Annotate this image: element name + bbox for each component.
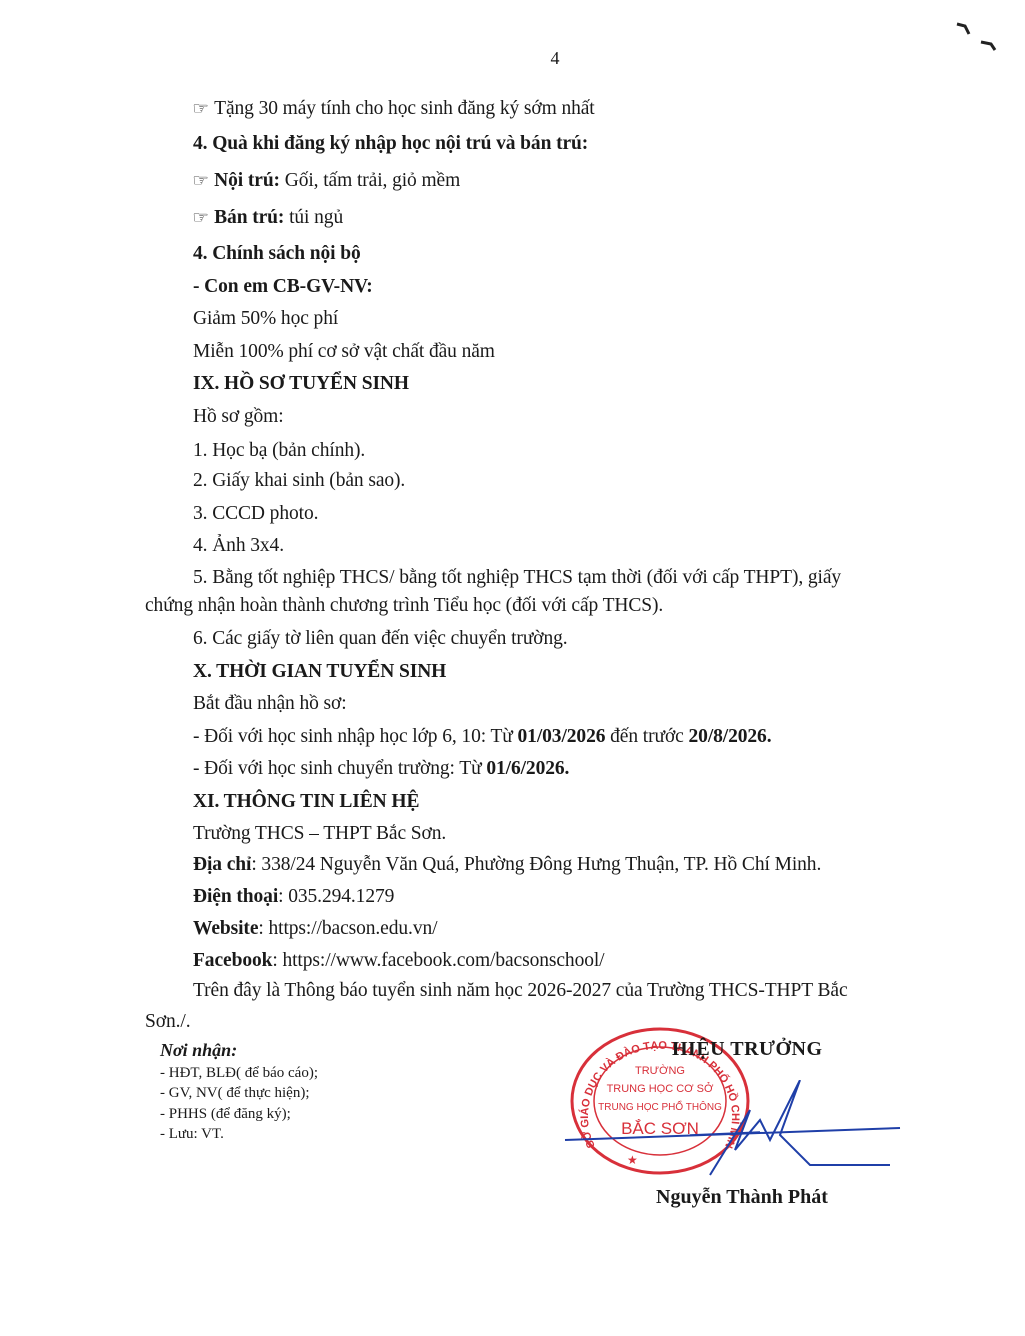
recipient-item: - PHHS (để đăng ký); — [160, 1104, 318, 1125]
semi-boarding-gift-line: ☞Bán trú: túi ngủ — [193, 207, 343, 229]
facility-fee-waiver-line: Miễn 100% phí cơ sở vật chất đầu năm — [193, 341, 495, 363]
pointing-hand-icon: ☞ — [192, 99, 209, 119]
admission-start-intro: Bắt đầu nhận hồ sơ: — [193, 693, 347, 715]
start-date: 01/03/2026 — [518, 726, 606, 747]
line-label: Nội trú: — [214, 170, 280, 191]
document-item: 4. Ảnh 3x4. — [193, 535, 284, 557]
line-text: - Đối với học sinh nhập học lớp 6, 10: T… — [193, 726, 518, 747]
section-heading-gifts: 4. Quà khi đăng ký nhập học nội trú và b… — [193, 133, 588, 155]
line-text: đến trước — [605, 726, 688, 747]
line-text: Gối, tấm trải, giỏ mềm — [280, 170, 460, 191]
document-item: 6. Các giấy tờ liên quan đến việc chuyển… — [193, 628, 568, 650]
recipient-item: - GV, NV( để thực hiện); — [160, 1083, 318, 1104]
school-name: Trường THCS – THPT Bắc Sơn. — [193, 823, 446, 845]
document-item-continued: chứng nhận hoàn thành chương trình Tiểu … — [145, 595, 663, 617]
end-date: 20/8/2026 — [689, 726, 767, 747]
line-label: Website — [193, 918, 258, 939]
boarding-gift-line: ☞Nội trú: Gối, tấm trải, giỏ mềm — [193, 170, 460, 192]
line-text: - Đối với học sinh chuyển trường: Từ — [193, 758, 486, 779]
recipients-block: Nơi nhận: - HĐT, BLĐ( để báo cáo); - GV,… — [160, 1040, 318, 1145]
scan-mark-icon — [955, 18, 1015, 58]
signature-icon — [560, 1080, 920, 1180]
document-item: 5. Bằng tốt nghiệp THCS/ bằng tốt nghiệp… — [193, 567, 841, 589]
line-text: Tặng 30 máy tính cho học sinh đăng ký sớ… — [214, 98, 595, 119]
pointing-hand-icon: ☞ — [192, 171, 209, 191]
line-text: túi ngủ — [284, 207, 343, 228]
line-label: Facebook — [193, 950, 272, 971]
signer-title: HIỆU TRƯỞNG — [672, 1038, 823, 1061]
documents-intro: Hồ sơ gồm: — [193, 406, 284, 428]
tuition-discount-line: Giảm 50% học phí — [193, 308, 338, 330]
section-heading-admission-time: X. THỜI GIAN TUYỂN SINH — [193, 661, 446, 683]
document-item: 3. CCCD photo. — [193, 503, 318, 525]
recipient-item: - Lưu: VT. — [160, 1124, 318, 1145]
section-heading-contact: XI. THÔNG TIN LIÊN HỆ — [193, 791, 419, 813]
section-heading-internal-policy: 4. Chính sách nội bộ — [193, 243, 361, 265]
facebook-line: Facebook: https://www.facebook.com/bacso… — [193, 950, 605, 972]
address-line: Địa chỉ: 338/24 Nguyễn Văn Quá, Phường Đ… — [193, 854, 821, 876]
line-label: Bán trú: — [214, 207, 284, 228]
admission-period-grade-6-10: - Đối với học sinh nhập học lớp 6, 10: T… — [193, 726, 771, 748]
facebook-link[interactable]: : https://www.facebook.com/bacsonschool/ — [272, 950, 604, 971]
line-label: Địa chỉ — [193, 854, 251, 875]
closing-statement-continued: Sơn./. — [145, 1011, 190, 1033]
svg-text:TRƯỜNG: TRƯỜNG — [635, 1064, 685, 1077]
start-date: 01/6/2026. — [486, 758, 569, 779]
section-heading-documents: IX. HỒ SƠ TUYỂN SINH — [193, 373, 409, 395]
line-text: : 035.294.1279 — [278, 886, 394, 907]
admission-period-transfer: - Đối với học sinh chuyển trường: Từ 01/… — [193, 758, 569, 780]
document-item: 1. Học bạ (bản chính). — [193, 440, 365, 462]
page-number: 4 — [0, 48, 1025, 69]
line-text: : 338/24 Nguyễn Văn Quá, Phường Đông Hưn… — [251, 854, 821, 875]
gift-laptops-line: ☞Tặng 30 máy tính cho học sinh đăng ký s… — [193, 98, 595, 120]
line-text: . — [767, 726, 772, 747]
recipients-title: Nơi nhận: — [160, 1040, 318, 1061]
website-link[interactable]: : https://bacson.edu.vn/ — [258, 918, 437, 939]
phone-line: Điện thoại: 035.294.1279 — [193, 886, 394, 908]
pointing-hand-icon: ☞ — [192, 208, 209, 228]
staff-children-heading: - Con em CB-GV-NV: — [193, 276, 373, 298]
signer-name: Nguyễn Thành Phát — [656, 1186, 828, 1209]
line-label: Điện thoại — [193, 886, 278, 907]
closing-statement: Trên đây là Thông báo tuyển sinh năm học… — [193, 980, 848, 1002]
recipient-item: - HĐT, BLĐ( để báo cáo); — [160, 1063, 318, 1084]
website-line: Website: https://bacson.edu.vn/ — [193, 918, 437, 940]
document-item: 2. Giấy khai sinh (bản sao). — [193, 470, 405, 492]
